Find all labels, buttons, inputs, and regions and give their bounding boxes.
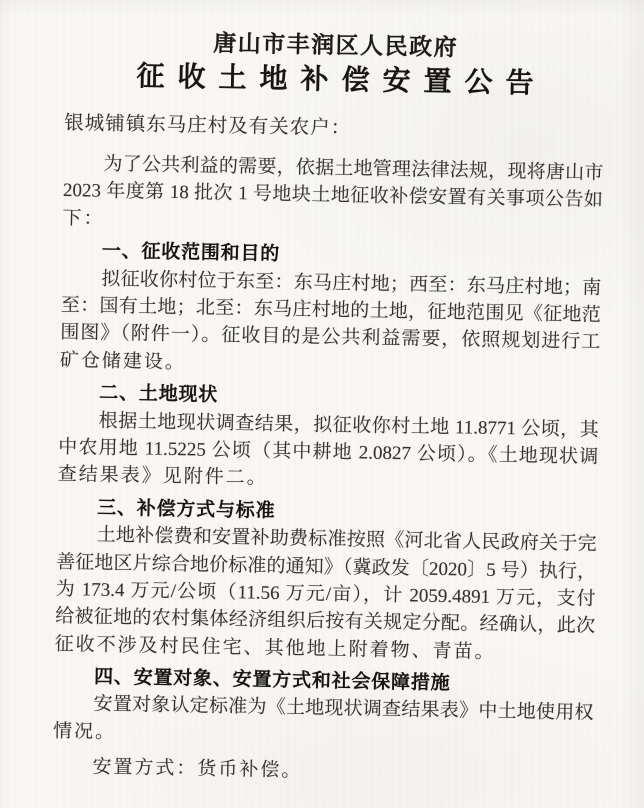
document-content: 唐山市丰润区人民政府 征收土地补偿安置公告 银城铺镇东马庄村及有关农户： 为了公… — [52, 26, 606, 790]
scanned-document-page: 唐山市丰润区人民政府 征收土地补偿安置公告 银城铺镇东马庄村及有关农户： 为了公… — [0, 0, 644, 808]
announcement-title: 征收土地补偿安置公告 — [65, 59, 606, 103]
section-compensation-standard: 三、补偿方式与标准 土地补偿费和安置补助费标准按照《河北省人民政府关于完 善征地… — [54, 494, 597, 668]
intro-paragraph: 为了公共利益的需要，依据土地管理法律法规，现将唐山市 2023 年度第 18 批… — [62, 150, 603, 242]
resettlement-method-line: 安置方式：货币补偿。 — [52, 753, 592, 790]
section-resettlement: 四、安置对象、安置方式和社会保障措施 安置对象认定标准为《土地现状调查结果表》中… — [52, 663, 594, 790]
section-land-status: 二、土地现状 根据土地现状调查结果，拟征收你村土地 11.8771 公顷，其 中… — [58, 379, 600, 498]
salutation: 银城铺镇东马庄村及有关农户： — [64, 110, 604, 147]
section-expropriation-scope: 一、征收范围和目的 拟征收你村位于东至：东马庄村地；西至：东马庄村地；南 至：国… — [60, 237, 602, 384]
